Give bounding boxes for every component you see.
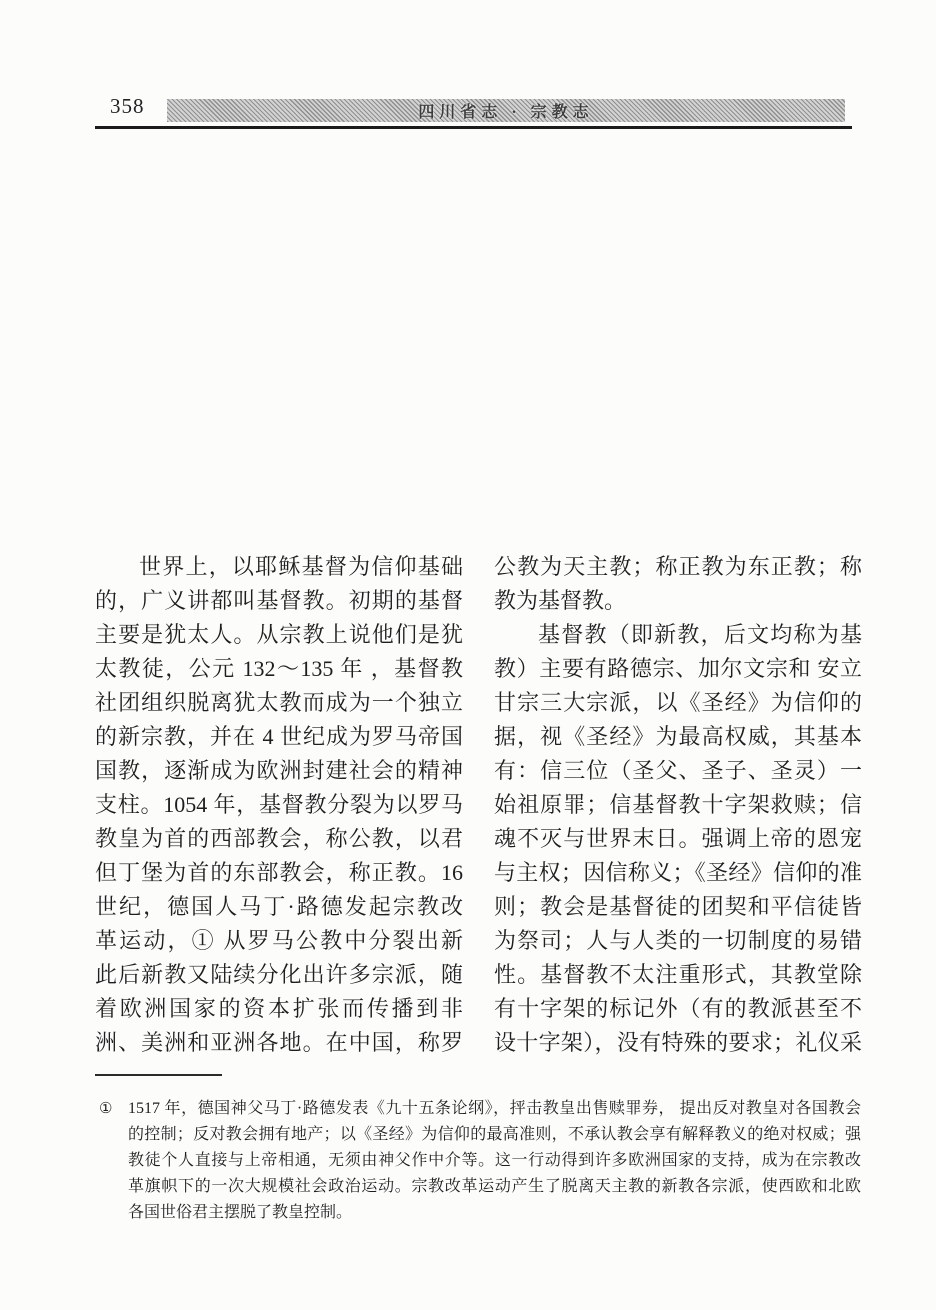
text-line: 为祭司；人与人类的一切制度的易错 bbox=[494, 924, 862, 958]
right-column: 公教为天主教；称正教为东正教；称新 教为基督教。 基督教（即新教，后文均称为基督… bbox=[494, 550, 862, 1060]
footnote: ① 1517 年，德国神父马丁·路德发表《九十五条论纲》，抨击教皇出售赎罪券， … bbox=[99, 1096, 861, 1226]
text-line: 的新宗教，并在 4 世纪成为罗马帝国 bbox=[95, 720, 463, 754]
text-line: 基督教（即新教，后文均称为基督 bbox=[494, 618, 862, 652]
footnote-marker: ① bbox=[99, 1096, 112, 1122]
text-line: 世纪，德国人马丁·路德发起宗教改 bbox=[95, 890, 463, 924]
text-line: 太教徒，公元 132～135 年 ，基督教徒 bbox=[95, 652, 463, 686]
text-line: 设十字架），没有特殊的要求；礼仪采 bbox=[494, 1026, 862, 1060]
footnote-line: 革旗帜下的一次大规模社会政治运动。宗教改革运动产生了脱离天主教的新教各宗派，使西… bbox=[99, 1174, 861, 1200]
text-line: 的，广义讲都叫基督教。初期的基督徒 bbox=[95, 584, 463, 618]
text-line: 有十字架的标记外（有的教派甚至不 bbox=[494, 992, 862, 1026]
text-line: 甘宗三大宗派，以《圣经》为信仰的依 bbox=[494, 686, 862, 720]
text-line: 主要是犹太人。从宗教上说他们是犹 bbox=[95, 618, 463, 652]
text-line: 社团组织脱离犹太教而成为一个独立 bbox=[95, 686, 463, 720]
text-line: 洲、美洲和亚洲各地。在中国，称罗马 bbox=[95, 1026, 463, 1060]
text-line: 着欧洲国家的资本扩张而传播到非 bbox=[95, 992, 463, 1026]
text-line: 始祖原罪；信基督教十字架救赎；信灵 bbox=[494, 788, 862, 822]
text-line: 有：信三位（圣父、圣子、圣灵）一体；信 bbox=[494, 754, 862, 788]
text-line: 支柱。1054 年，基督教分裂为以罗马 bbox=[95, 788, 463, 822]
footnote-line: 各国世俗君主摆脱了教皇控制。 bbox=[99, 1200, 861, 1226]
text-line: 国教，逐渐成为欧洲封建社会的精神 bbox=[95, 754, 463, 788]
left-column: 世界上，以耶稣基督为信仰基础 的，广义讲都叫基督教。初期的基督徒 主要是犹太人。… bbox=[95, 550, 463, 1060]
text-line: 性。基督教不太注重形式，其教堂除 bbox=[494, 958, 862, 992]
header-title: 四川省志 · 宗教志 bbox=[418, 99, 593, 122]
footnote-line: 教徒个人直接与上帝相通，无须由神父作中介等。这一行动得到许多欧洲国家的支持，成为… bbox=[99, 1148, 861, 1174]
text-line: 与主权；因信称义；《圣经》信仰的准 bbox=[494, 856, 862, 890]
text-line: 革运动，① 从罗马公教中分裂出新教。 bbox=[95, 924, 463, 958]
page: 358 四川省志 · 宗教志 世界上，以耶稣基督为信仰基础 的，广义讲都叫基督教… bbox=[0, 0, 936, 1310]
text-line: 教皇为首的西部教会，称公教，以君士 bbox=[95, 822, 463, 856]
header-band: 四川省志 · 宗教志 bbox=[167, 99, 845, 122]
header-rule bbox=[95, 126, 852, 129]
footnote-line: 的控制；反对教会拥有地产；以《圣经》为信仰的最高准则，不承认教会享有解释教义的绝… bbox=[99, 1122, 861, 1148]
text-line: 魂不灭与世界末日。强调上帝的恩宠 bbox=[494, 822, 862, 856]
text-line: 公教为天主教；称正教为东正教；称新 bbox=[494, 550, 862, 584]
footnote-separator bbox=[95, 1074, 222, 1076]
text-line: 此后新教又陆续分化出许多宗派，随 bbox=[95, 958, 463, 992]
page-number: 358 bbox=[110, 94, 145, 119]
text-line: 据，视《圣经》为最高权威，其基本信条 bbox=[494, 720, 862, 754]
footnote-line: 1517 年，德国神父马丁·路德发表《九十五条论纲》，抨击教皇出售赎罪券， 提出… bbox=[99, 1096, 861, 1122]
text-line: 则；教会是基督徒的团契和平信徒皆 bbox=[494, 890, 862, 924]
text-line: 教为基督教。 bbox=[494, 584, 862, 618]
text-line: 但丁堡为首的东部教会，称正教。16 bbox=[95, 856, 463, 890]
text-line: 教）主要有路德宗、加尔文宗和 安立 bbox=[494, 652, 862, 686]
text-line: 世界上，以耶稣基督为信仰基础 bbox=[95, 550, 463, 584]
